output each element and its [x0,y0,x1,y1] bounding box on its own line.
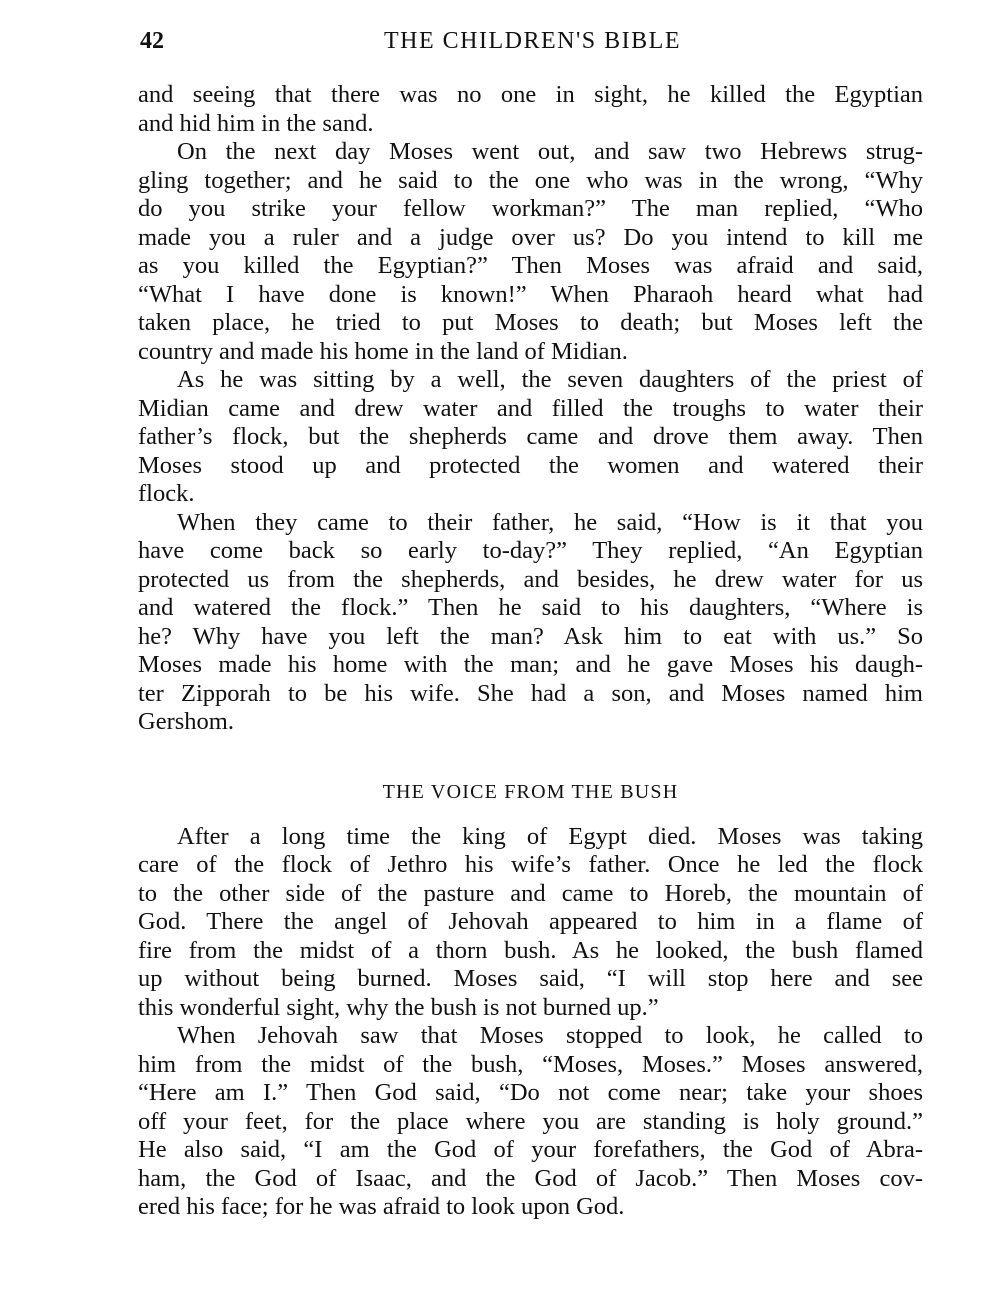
text-line: and seeing that there was no one in sigh… [138,81,923,109]
text-line: country and made his home in the land of… [138,338,923,366]
text-line: and hid him in the sand. [138,110,923,138]
text-line: have come back so early to-day?” They re… [138,537,923,565]
text-line: to the other side of the pasture and cam… [138,880,923,908]
text-line: taken place, he tried to put Moses to de… [138,309,923,337]
text-line: “What I have done is known!” When Pharao… [138,281,923,309]
text-line: As he was sitting by a well, the seven d… [177,366,923,394]
text-line: he? Why have you left the man? Ask him t… [138,623,923,651]
text-line: do you strike your fellow workman?” The … [138,195,923,223]
text-line: off your feet, for the place where you a… [138,1108,923,1136]
text-line: When they came to their father, he said,… [177,509,923,537]
text-line: flock. [138,480,923,508]
text-line: this wonderful sight, why the bush is no… [138,994,923,1022]
text-line: made you a ruler and a judge over us? Do… [138,224,923,252]
text-line: care of the flock of Jethro his wife’s f… [138,851,923,879]
text-line: On the next day Moses went out, and saw … [177,138,923,166]
text-line: gling together; and he said to the one w… [138,167,923,195]
text-line: “Here am I.” Then God said, “Do not come… [138,1079,923,1107]
text-line: ter Zipporah to be his wife. She had a s… [138,680,923,708]
text-line: ham, the God of Isaac, and the God of Ja… [138,1165,923,1193]
text-line: Gershom. [138,708,923,736]
running-head: 42 THE CHILDREN'S BIBLE [140,28,925,60]
text-line: and watered the flock.” Then he said to … [138,594,923,622]
text-line: Moses stood up and protected the women a… [138,452,923,480]
text-line: Moses made his home with the man; and he… [138,651,923,679]
text-line: father’s flock, but the shepherds came a… [138,423,923,451]
book-page: 42 THE CHILDREN'S BIBLE and seeing that … [0,0,1000,1303]
text-line: fire from the midst of a thorn bush. As … [138,937,923,965]
text-line: protected us from the shepherds, and bes… [138,566,923,594]
text-line: ered his face; for he was afraid to look… [138,1193,923,1221]
running-title: THE CHILDREN'S BIBLE [140,28,925,55]
text-line: him from the midst of the bush, “Moses, … [138,1051,923,1079]
text-line: After a long time the king of Egypt died… [177,823,923,851]
text-line: When Jehovah saw that Moses stopped to l… [177,1022,923,1050]
section-heading: THE VOICE FROM THE BUSH [138,781,923,804]
text-line: Midian came and drew water and filled th… [138,395,923,423]
text-line: God. There the angel of Jehovah appeared… [138,908,923,936]
text-line: He also said, “I am the God of your fore… [138,1136,923,1164]
text-line: up without being burned. Moses said, “I … [138,965,923,993]
text-line: as you killed the Egyptian?” Then Moses … [138,252,923,280]
